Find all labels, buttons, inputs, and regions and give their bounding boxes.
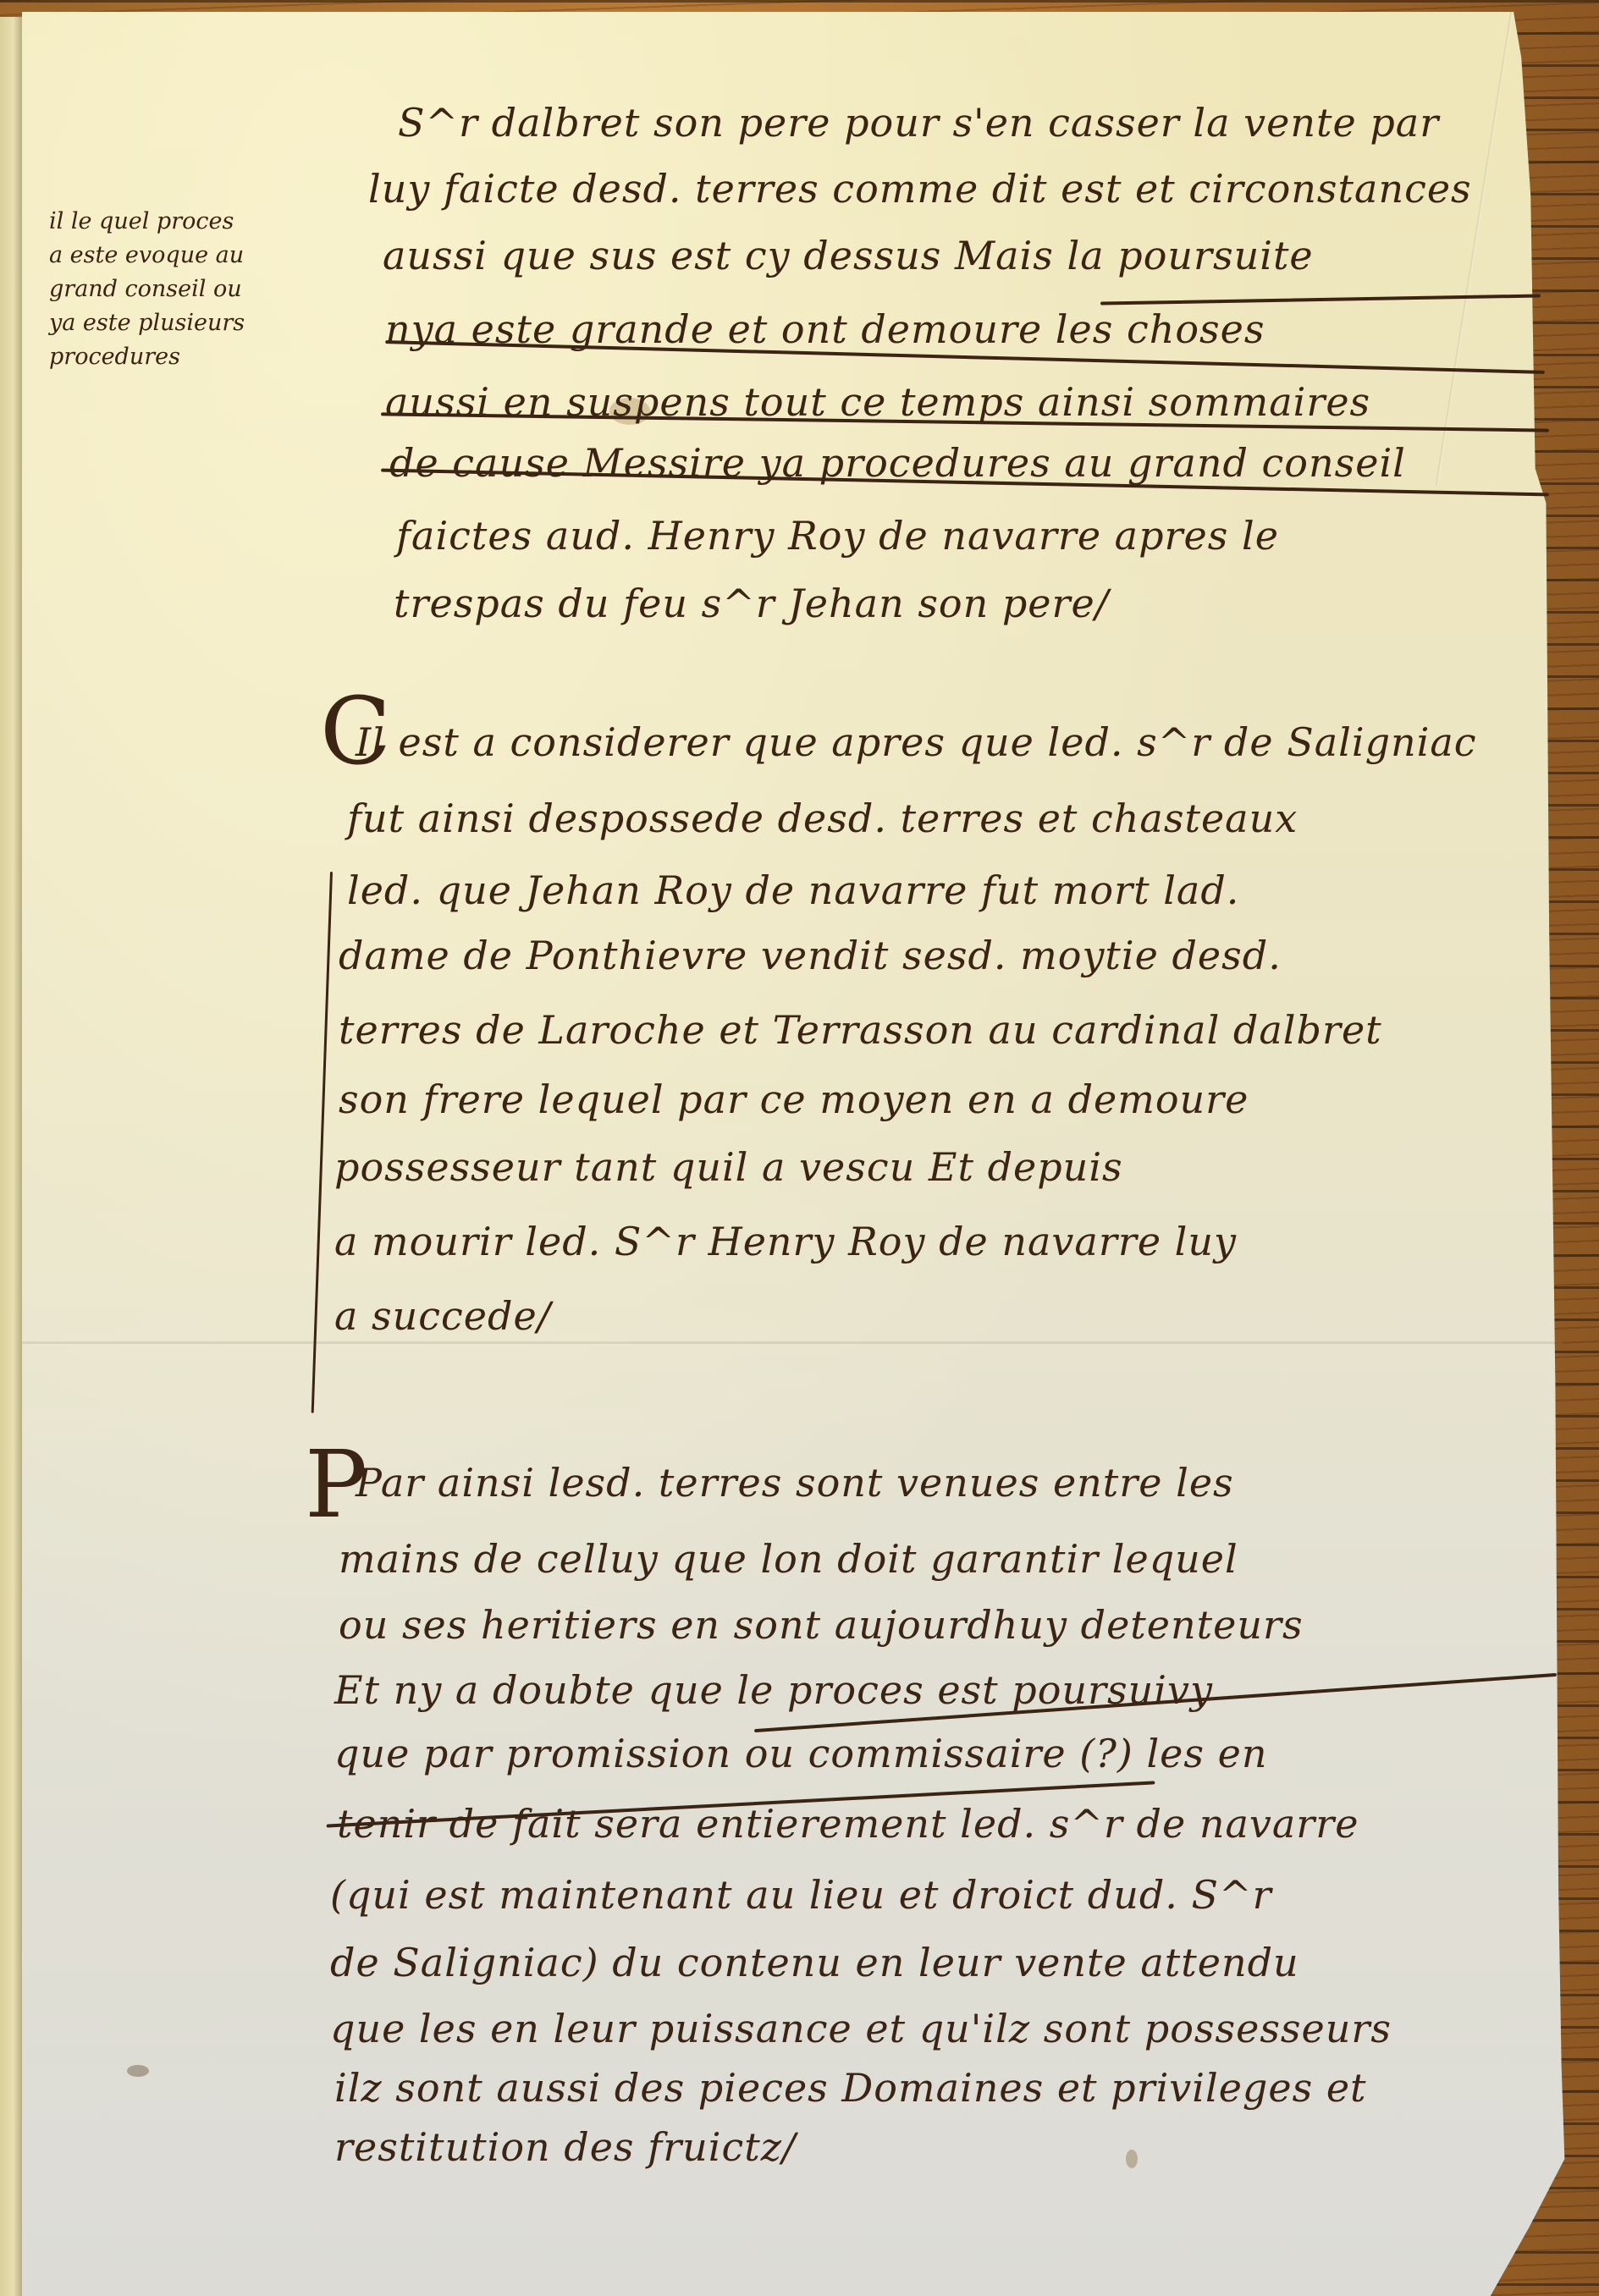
text-line: S^r dalbret son pere pour s'en casser la… (398, 100, 1439, 146)
margin-note-line: ya este plusieurs (49, 306, 245, 340)
text-line: trespas du feu s^r Jehan son pere/ (394, 581, 1109, 626)
text-line: ou ses heritiers en sont aujourdhuy dete… (339, 1602, 1304, 1648)
binding-edge (0, 17, 24, 2296)
text-line: Il est a considerer que apres que led. s… (356, 719, 1477, 765)
text-line: faictes aud. Henry Roy de navarre apres … (396, 513, 1279, 559)
text-line: led. que Jehan Roy de navarre fut mort l… (347, 867, 1239, 913)
text-line: a mourir led. S^r Henry Roy de navarre l… (334, 1219, 1237, 1264)
text-line: mains de celluy que lon doit garantir le… (339, 1536, 1238, 1582)
text-line: dame de Ponthievre vendit sesd. moytie d… (339, 933, 1282, 978)
text-line: Par ainsi lesd. terres sont venues entre… (356, 1460, 1234, 1506)
margin-note-line: il le quel proces (49, 205, 245, 239)
text-line: luy faicte desd. terres comme dit est et… (368, 166, 1472, 212)
text-line: (qui est maintenant au lieu et droict du… (330, 1872, 1272, 1918)
text-line: aussi en suspens tout ce temps ainsi som… (385, 379, 1370, 425)
margin-note-line: grand conseil ou (49, 273, 245, 306)
margin-note-line: procedures (49, 340, 245, 374)
text-line: a succede/ (334, 1293, 551, 1339)
paper-fold-crease-horizontal (22, 1341, 1563, 1344)
text-line: ilz sont aussi des pieces Domaines et pr… (334, 2065, 1367, 2111)
text-line: terres de Laroche et Terrasson au cardin… (339, 1007, 1382, 1053)
text-line: son frere lequel par ce moyen en a demou… (339, 1076, 1249, 1122)
ink-stain (1126, 2150, 1138, 2168)
paper-hole (127, 2065, 149, 2077)
text-line: de Saligniac) du contenu en leur vente a… (330, 1940, 1299, 1985)
text-line: que par promission ou commissaire (?) le… (334, 1731, 1267, 1776)
text-line: fut ainsi despossede desd. terres et cha… (347, 796, 1298, 841)
text-line: aussi que sus est cy dessus Mais la pour… (383, 233, 1314, 278)
text-line: possesseur tant quil a vescu Et depuis (334, 1144, 1123, 1190)
text-line: tenir de fait sera entierement led. s^r … (337, 1801, 1359, 1847)
text-line: que les en leur puissance et qu'ilz sont… (330, 2006, 1392, 2051)
text-line: restitution des fruictz/ (334, 2124, 797, 2170)
margin-note: il le quel proces a este evoque au grand… (49, 205, 245, 374)
margin-note-line: a este evoque au (49, 239, 245, 273)
